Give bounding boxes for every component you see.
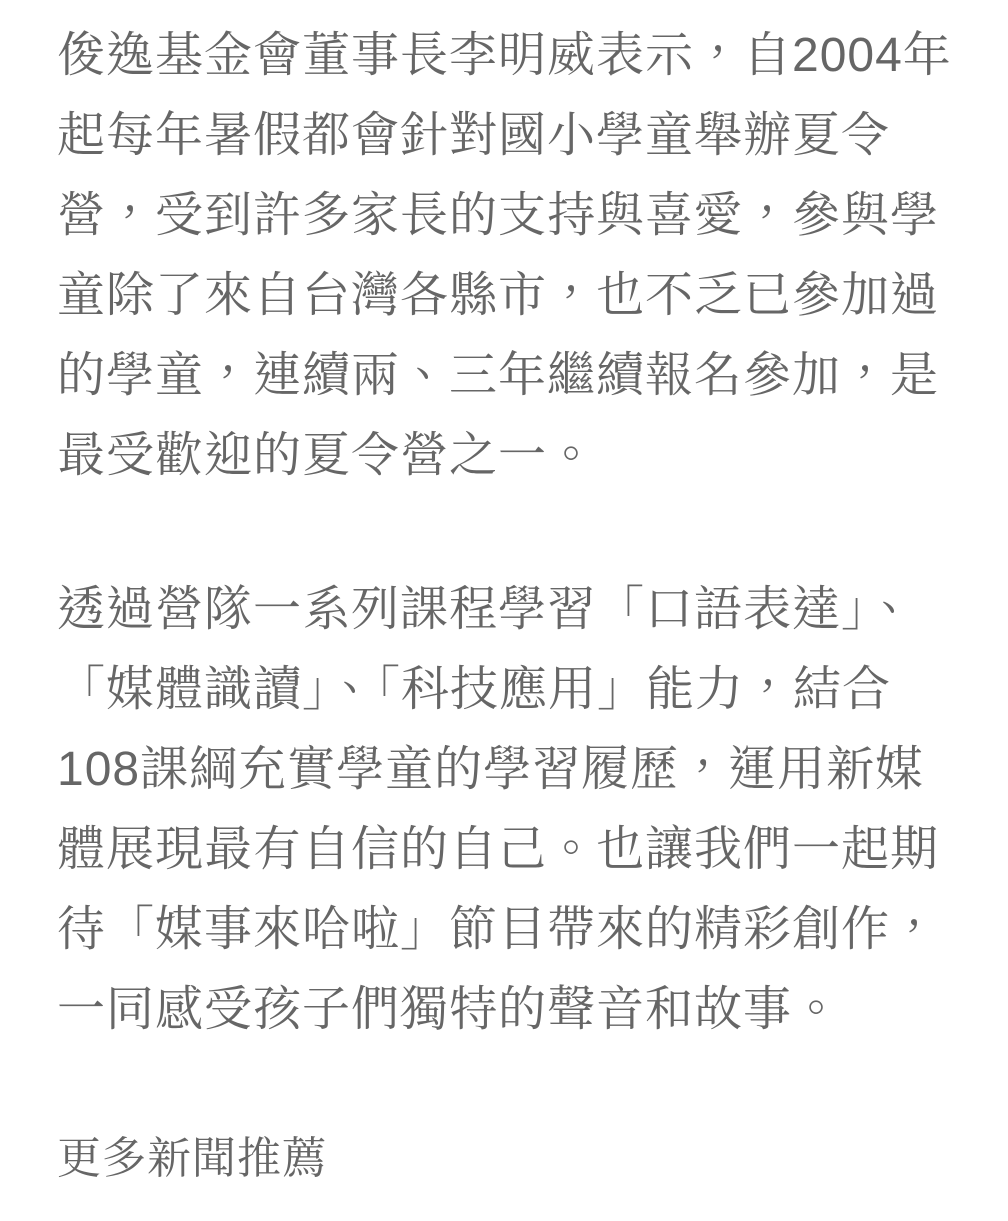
article-paragraph-1: 俊逸基金會董事長李明威表示，自2004年起每年暑假都會針對國小學童舉辦夏令營，受… — [57, 16, 952, 496]
more-news-heading: 更多新聞推薦 — [57, 1128, 952, 1190]
article-body: 俊逸基金會董事長李明威表示，自2004年起每年暑假都會針對國小學童舉辦夏令營，受… — [0, 0, 1008, 1190]
article-paragraph-2: 透過營隊一系列課程學習「口語表達」、「媒體識讀」、「科技應用」能力，結合108課… — [57, 570, 952, 1050]
